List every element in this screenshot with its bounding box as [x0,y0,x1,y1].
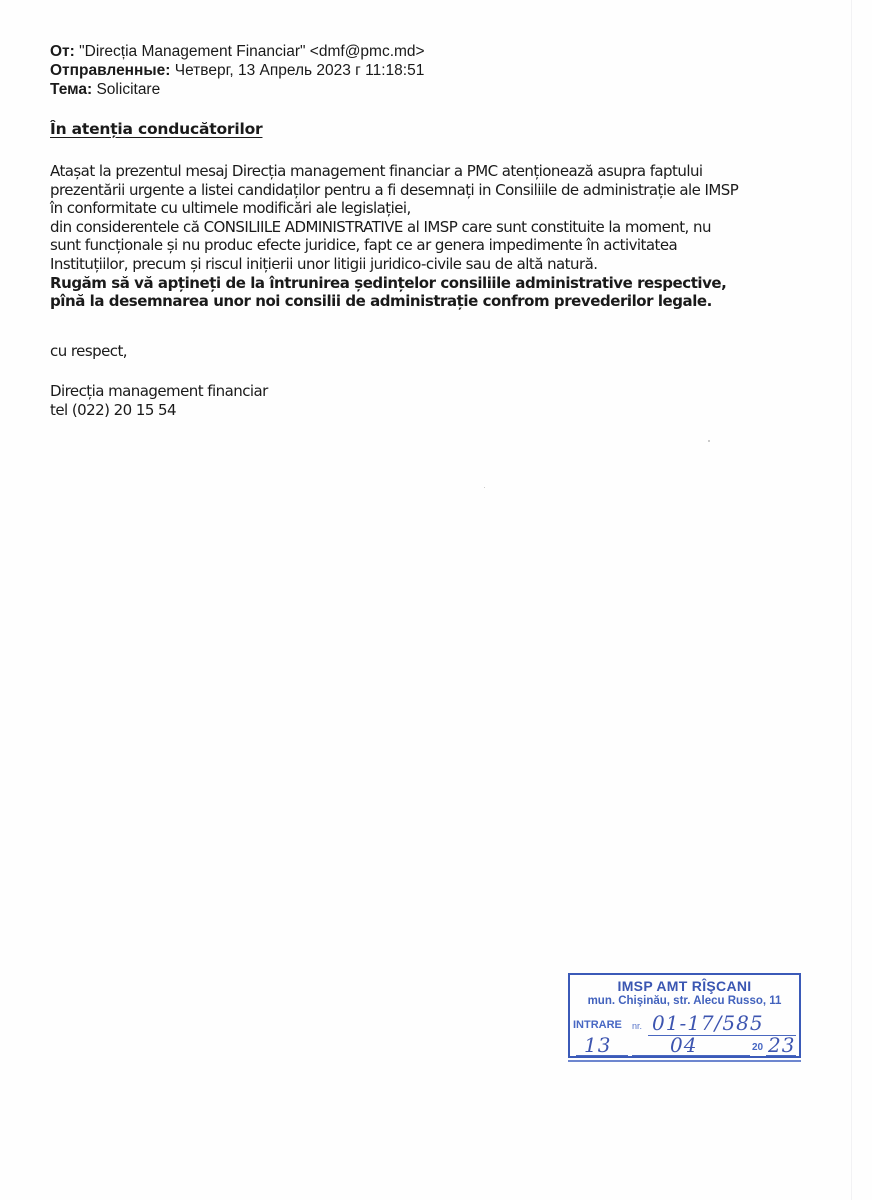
stamp-day-underline [576,1055,628,1056]
body-line: Atașat la prezentul mesaj Direcția manag… [50,162,810,181]
from-value: "Direcția Management Financiar" <dmf@pmc… [79,43,424,60]
closing-salutation: cu respect, [50,342,127,360]
stamp-bottom-border [568,1060,801,1062]
sent-row: Отправленные: Четверг, 13 Апрель 2023 г … [50,61,425,80]
subject-label: Тема: [50,81,92,98]
from-row: От: "Direcția Management Financiar" <dmf… [50,42,425,61]
message-body: Atașat la prezentul mesaj Direcția manag… [50,162,810,311]
sent-value: Четверг, 13 Апрель 2023 г 11:18:51 [175,62,425,79]
body-bold-line: pînă la desemnarea unor noi consilii de … [50,292,810,311]
signature-phone: tel (022) 20 15 54 [50,401,268,420]
body-line: din considerentele că CONSILIILE ADMINIS… [50,218,810,237]
signature-department: Direcția management financiar [50,382,268,401]
stamp-month-underline [632,1055,750,1056]
stamp-handwritten-day: 13 [584,1033,611,1057]
stamp-handwritten-number: 01-17/585 [652,1011,764,1035]
registration-stamp: IMSP AMT RÎŞCANI mun. Chişinău, str. Ale… [568,973,801,1058]
scanned-document-page: От: "Direcția Management Financiar" <dmf… [0,0,872,1200]
stamp-handwritten-month: 04 [670,1033,697,1057]
email-header: От: "Direcția Management Financiar" <dmf… [50,42,425,99]
body-bold-line: Rugăm să vă apțineți de la întrunirea șe… [50,274,810,293]
signature-block: Direcția management financiar tel (022) … [50,382,268,419]
scan-edge [851,0,852,1200]
scan-speck [484,487,485,488]
scan-speck [708,440,710,442]
document-title: În atenția conducătorilor [50,120,262,138]
stamp-institution: IMSP AMT RÎŞCANI [570,978,799,994]
stamp-handwritten-year: 23 [768,1033,795,1057]
stamp-intrare-label: INTRARE [573,1019,622,1031]
sent-label: Отправленные: [50,62,170,79]
stamp-year-prefix: 20 [752,1042,763,1053]
stamp-year-underline [766,1055,796,1056]
subject-row: Тема: Solicitare [50,80,425,99]
from-label: От: [50,43,75,60]
body-line: sunt funcționale și nu produc efecte jur… [50,236,810,255]
stamp-address: mun. Chişinău, str. Alecu Russo, 11 [570,995,799,1007]
subject-value: Solicitare [96,81,160,98]
body-line: Instituțiilor, precum și riscul inițieri… [50,255,810,274]
body-line: în conformitate cu ultimele modificări a… [50,199,810,218]
stamp-nr-label: nr. [632,1021,642,1031]
body-line: prezentării urgente a listei candidațilo… [50,181,810,200]
